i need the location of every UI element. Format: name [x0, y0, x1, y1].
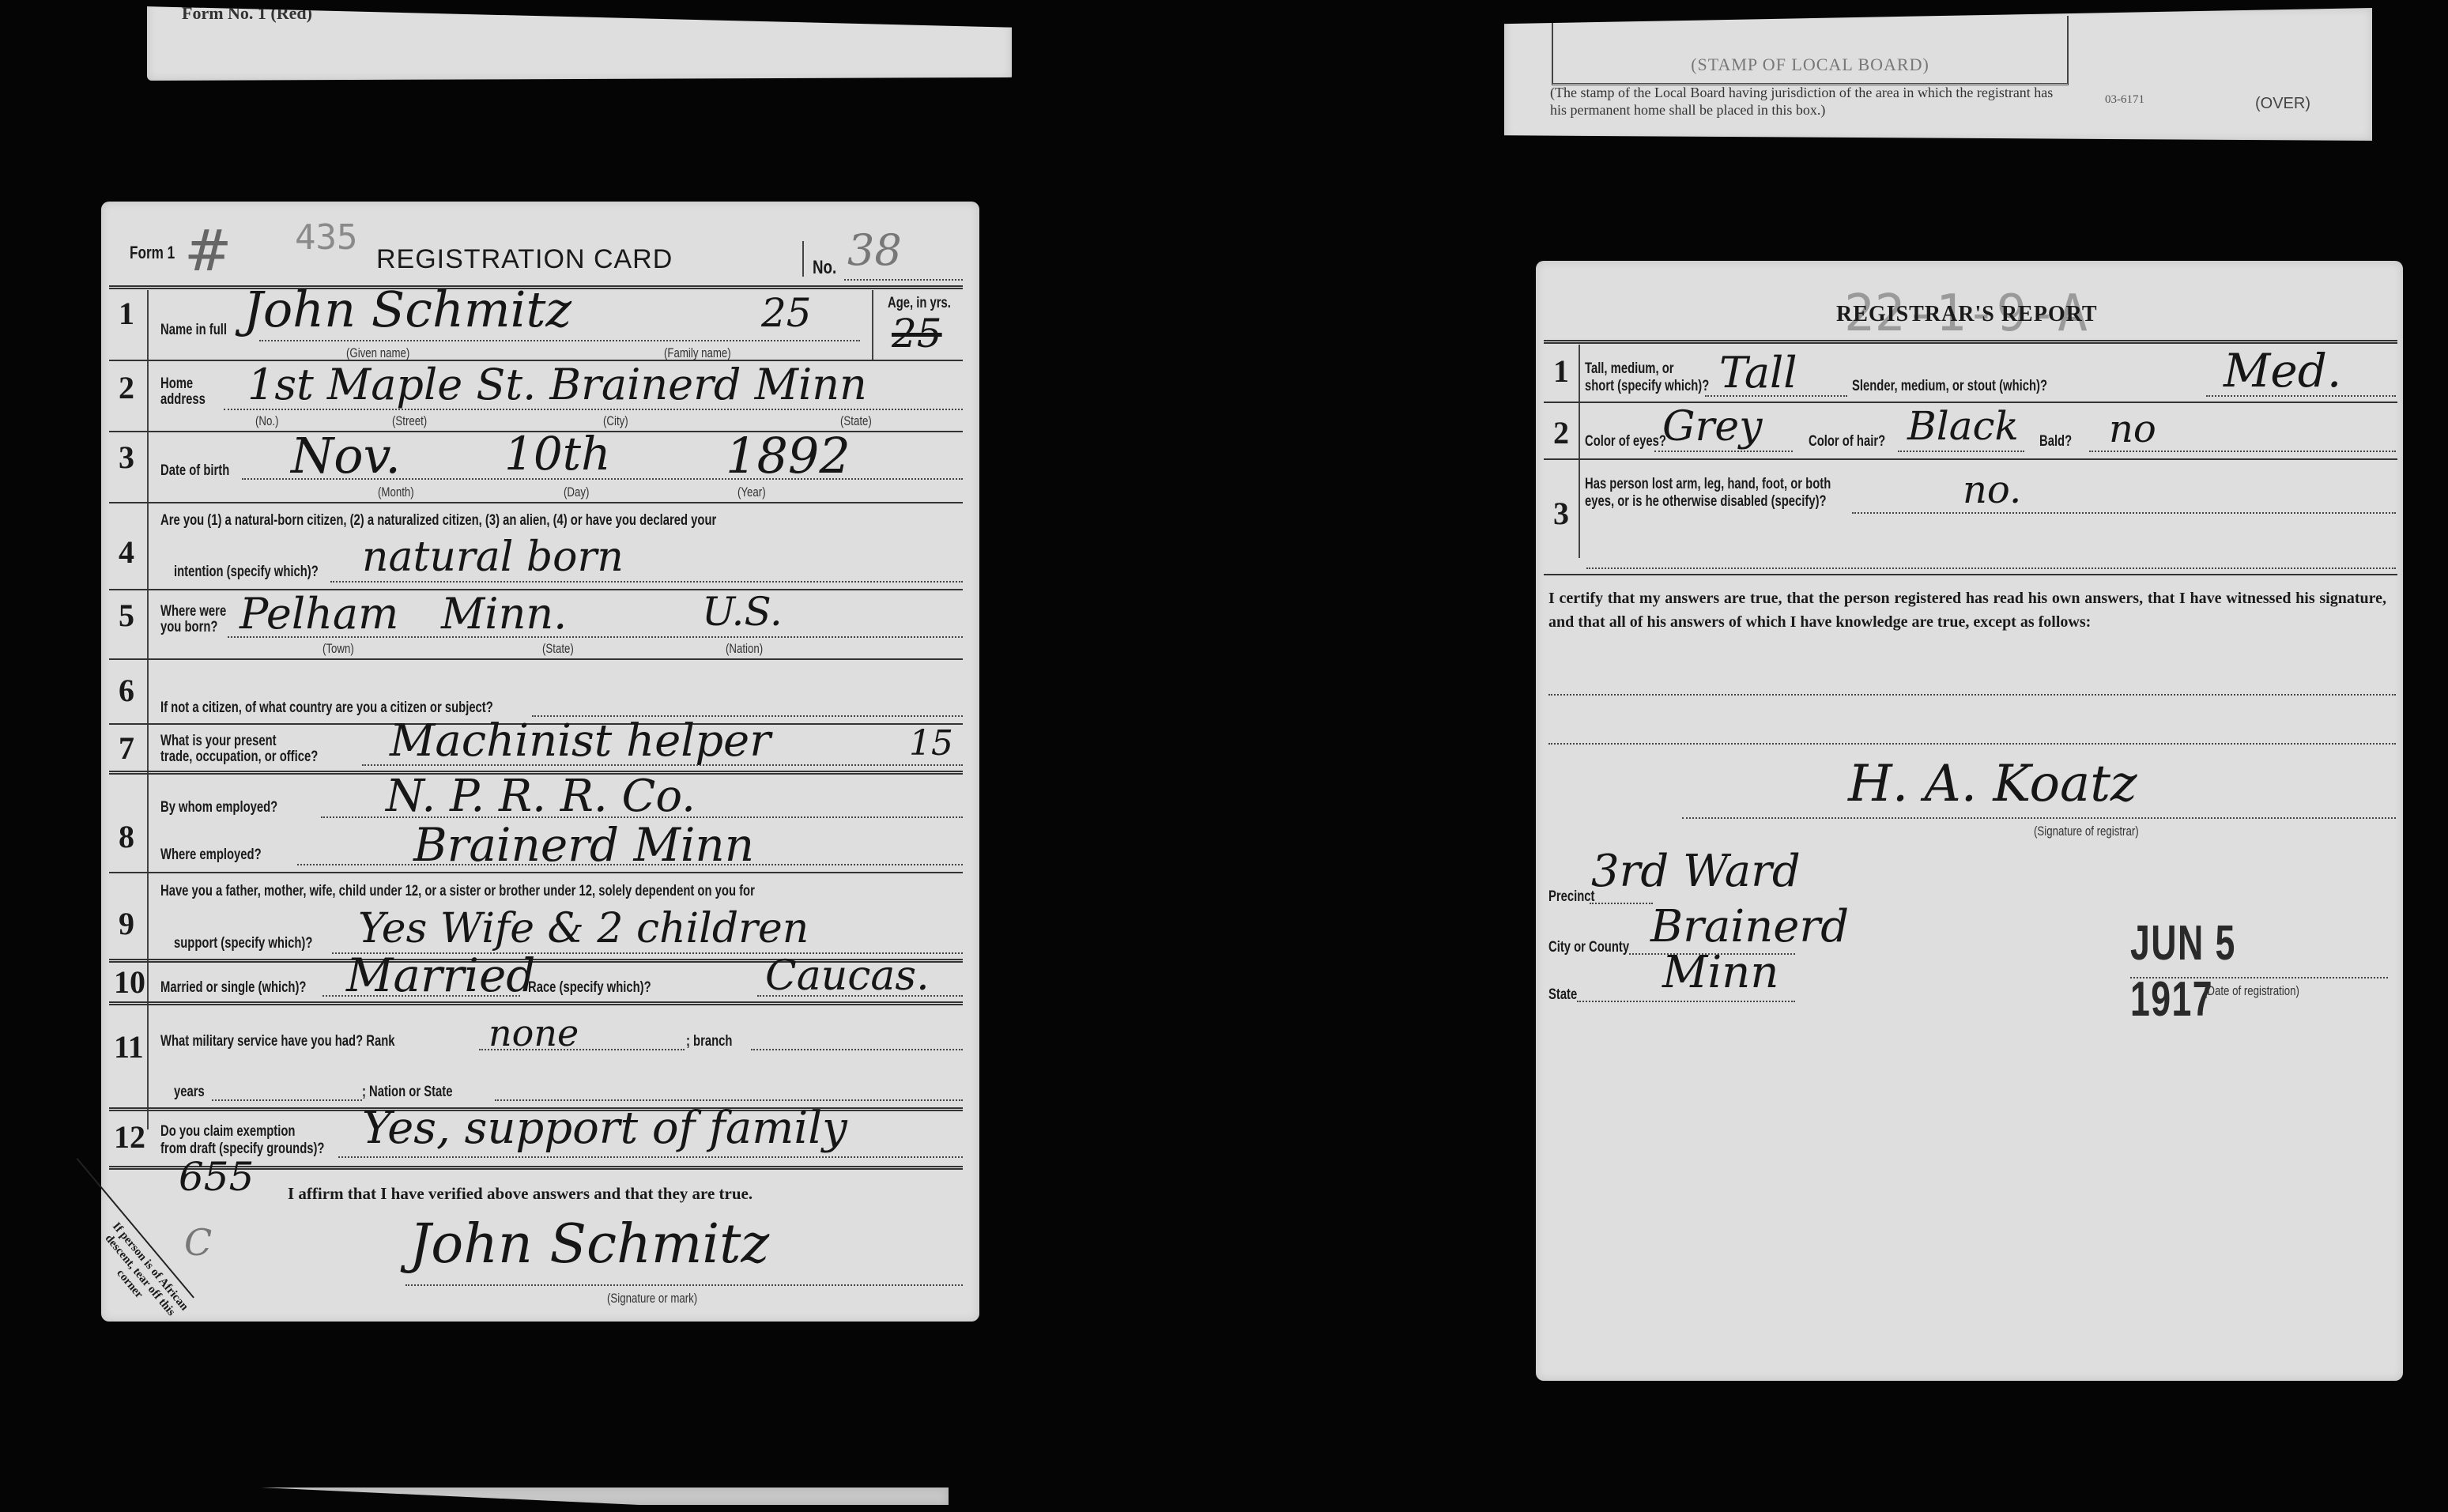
- eye-color-value: Grey: [1662, 403, 1763, 451]
- dob-year: 1892: [726, 427, 851, 485]
- divider: [802, 241, 804, 277]
- military-rank-label: What military service have you had? Rank: [160, 1033, 395, 1050]
- card-number-value: 38: [847, 225, 902, 275]
- eye-color-label: Color of eyes?: [1585, 433, 1666, 451]
- employer-label: By whom employed?: [160, 799, 277, 816]
- row-number: 9: [119, 905, 134, 942]
- home-address-value: 1st Maple St. Brainerd Minn: [247, 360, 867, 409]
- dependents-value: Yes Wife & 2 children: [358, 905, 809, 952]
- affirmation-text: I affirm that I have verified above answ…: [288, 1182, 753, 1205]
- hair-color-value: Black: [1907, 403, 2019, 449]
- exemption-value: Yes, support of family: [362, 1103, 847, 1154]
- town-sublabel: (Town): [323, 641, 354, 657]
- marital-status-label: Married or single (which)?: [160, 979, 306, 997]
- occupation-value: Machinist helper: [390, 715, 771, 767]
- dependents-question: Have you a father, mother, wife, child u…: [160, 883, 755, 900]
- hash-mark: #: [184, 217, 232, 284]
- race-value: Caucas.: [765, 952, 930, 1000]
- day-sublabel: (Day): [564, 485, 589, 500]
- registration-date-label: (Date of registration): [2204, 983, 2299, 999]
- citizenship-label: intention (specify which)?: [174, 564, 319, 581]
- precinct-label: Precinct: [1548, 888, 1594, 906]
- card-title: REGISTRATION CARD: [376, 244, 673, 275]
- form-code: 03-6171: [2105, 93, 2144, 107]
- city-county-value: Brainerd: [1650, 901, 1849, 952]
- military-branch-label: ; branch: [686, 1033, 732, 1050]
- birth-nation: U.S.: [702, 589, 783, 635]
- age-label: Age, in yrs.: [888, 295, 951, 312]
- month-sublabel: (Month): [378, 485, 414, 500]
- exemption-label: Do you claim exemption: [160, 1123, 295, 1141]
- margin-note-letter: C: [184, 1221, 212, 1264]
- hair-color-label: Color of hair?: [1809, 433, 1885, 451]
- margin-note-number: 655: [179, 1154, 254, 1200]
- row-number: 3: [1553, 495, 1569, 532]
- form-number-label: Form No. 1 (Red): [182, 3, 312, 24]
- row-number: 3: [119, 439, 134, 476]
- row-number: 12: [114, 1118, 145, 1156]
- local-board-stamp-box: (STAMP OF LOCAL BOARD): [1552, 16, 2069, 85]
- report-title: REGISTRAR'S REPORT: [1836, 302, 2098, 327]
- marital-status-value: Married: [346, 948, 535, 1002]
- height-label-2: short (specify which)?: [1585, 378, 1709, 395]
- registration-card: Form 1 # 435 REGISTRATION CARD No. 38 1 …: [101, 202, 979, 1322]
- adjacent-card-strip-top-right: (STAMP OF LOCAL BOARD) (The stamp of the…: [1504, 8, 2372, 141]
- occupation-extra-number: 15: [909, 723, 953, 764]
- row-number: 8: [119, 818, 134, 855]
- adjacent-card-strip-top-left: Form No. 1 (Red): [147, 0, 1012, 81]
- military-nation-label: ; Nation or State: [362, 1084, 452, 1101]
- disability-label: Has person lost arm, leg, hand, foot, or…: [1585, 476, 1831, 493]
- employment-location-label: Where employed?: [160, 846, 262, 864]
- home-address-label-2: address: [160, 391, 206, 409]
- height-label: Tall, medium, or: [1585, 360, 1674, 378]
- form-label: Form 1: [130, 243, 175, 263]
- registrar-signature-label: (Signature of registrar): [2034, 824, 2139, 839]
- disability-label-2: eyes, or is he otherwise disabled (speci…: [1585, 493, 1827, 511]
- city-county-label: City or County: [1548, 939, 1629, 956]
- adjacent-card-strip-bottom: [261, 1487, 949, 1505]
- certification-text: I certify that my answers are true, that…: [1548, 586, 2386, 634]
- registrars-report-card: 22-1-9-A REGISTRAR'S REPORT 1 Tall, medi…: [1536, 261, 2403, 1381]
- state-value: Minn: [1662, 947, 1778, 998]
- birthplace-label: Where were: [160, 603, 226, 620]
- name-label: Name in full: [160, 322, 227, 339]
- build-label: Slender, medium, or stout (which)?: [1852, 378, 2047, 395]
- birth-state: Minn.: [441, 589, 567, 639]
- birth-town: Pelham: [240, 589, 398, 639]
- dependents-label: support (specify which)?: [174, 935, 312, 952]
- family-name-sublabel: (Family name): [664, 345, 731, 361]
- age-value: 25: [892, 311, 942, 356]
- military-rank-value: none: [488, 1012, 579, 1054]
- name-extra-number: 25: [761, 290, 812, 336]
- name-value: John Schmitz: [243, 281, 571, 338]
- year-sublabel: (Year): [737, 485, 766, 500]
- bald-value: no: [2109, 407, 2156, 451]
- stamp-box-label: (STAMP OF LOCAL BOARD): [1553, 55, 2067, 75]
- over-label: (OVER): [2255, 95, 2310, 113]
- employer-value: N. P. R. R. Co.: [386, 771, 696, 822]
- row-number: 2: [1553, 414, 1569, 451]
- state-sublabel: (State): [542, 641, 574, 657]
- military-years-label: years: [174, 1084, 205, 1101]
- birthplace-label-2: you born?: [160, 619, 217, 636]
- stamp-box-note: (The stamp of the Local Board having jur…: [1550, 84, 2072, 119]
- card-number-label: No.: [813, 257, 836, 279]
- occupation-label-2: trade, occupation, or office?: [160, 748, 318, 766]
- row-number: 7: [119, 730, 134, 767]
- bald-label: Bald?: [2039, 433, 2072, 451]
- row-number: 2: [119, 369, 134, 406]
- row-number: 10: [114, 963, 145, 1001]
- dob-day: 10th: [504, 427, 610, 481]
- height-value: Tall: [1719, 348, 1797, 398]
- state-label: State: [1548, 986, 1577, 1004]
- row-number: 5: [119, 597, 134, 634]
- registration-date-stamp: JUN 5 1917: [2130, 915, 2326, 1027]
- nation-sublabel: (Nation): [726, 641, 763, 657]
- given-name-sublabel: (Given name): [346, 345, 409, 361]
- dob-label: Date of birth: [160, 462, 229, 480]
- foreign-citizenship-label: If not a citizen, of what country are yo…: [160, 699, 493, 717]
- serial-stamp: 435: [295, 217, 357, 258]
- address-no-sublabel: (No.): [255, 413, 278, 429]
- row-number: 11: [114, 1028, 144, 1065]
- citizenship-value: natural born: [362, 534, 624, 581]
- registrar-signature: H. A. Koatz: [1848, 755, 2137, 813]
- dob-month: Nov.: [291, 427, 401, 485]
- row-number: 1: [119, 295, 134, 332]
- occupation-label: What is your present: [160, 733, 277, 750]
- race-label: Race (specify which)?: [528, 979, 651, 997]
- registrant-signature: John Schmitz: [409, 1213, 769, 1276]
- citizenship-question: Are you (1) a natural-born citizen, (2) …: [160, 512, 716, 530]
- row-number: 4: [119, 534, 134, 571]
- row-number: 6: [119, 672, 134, 709]
- disability-value: no.: [1963, 468, 2021, 512]
- home-address-label: Home: [160, 375, 193, 393]
- build-value: Med.: [2224, 344, 2341, 398]
- precinct-value: 3rd Ward: [1591, 846, 1801, 897]
- row-number: 1: [1553, 353, 1569, 390]
- signature-label: (Signature or mark): [607, 1291, 697, 1307]
